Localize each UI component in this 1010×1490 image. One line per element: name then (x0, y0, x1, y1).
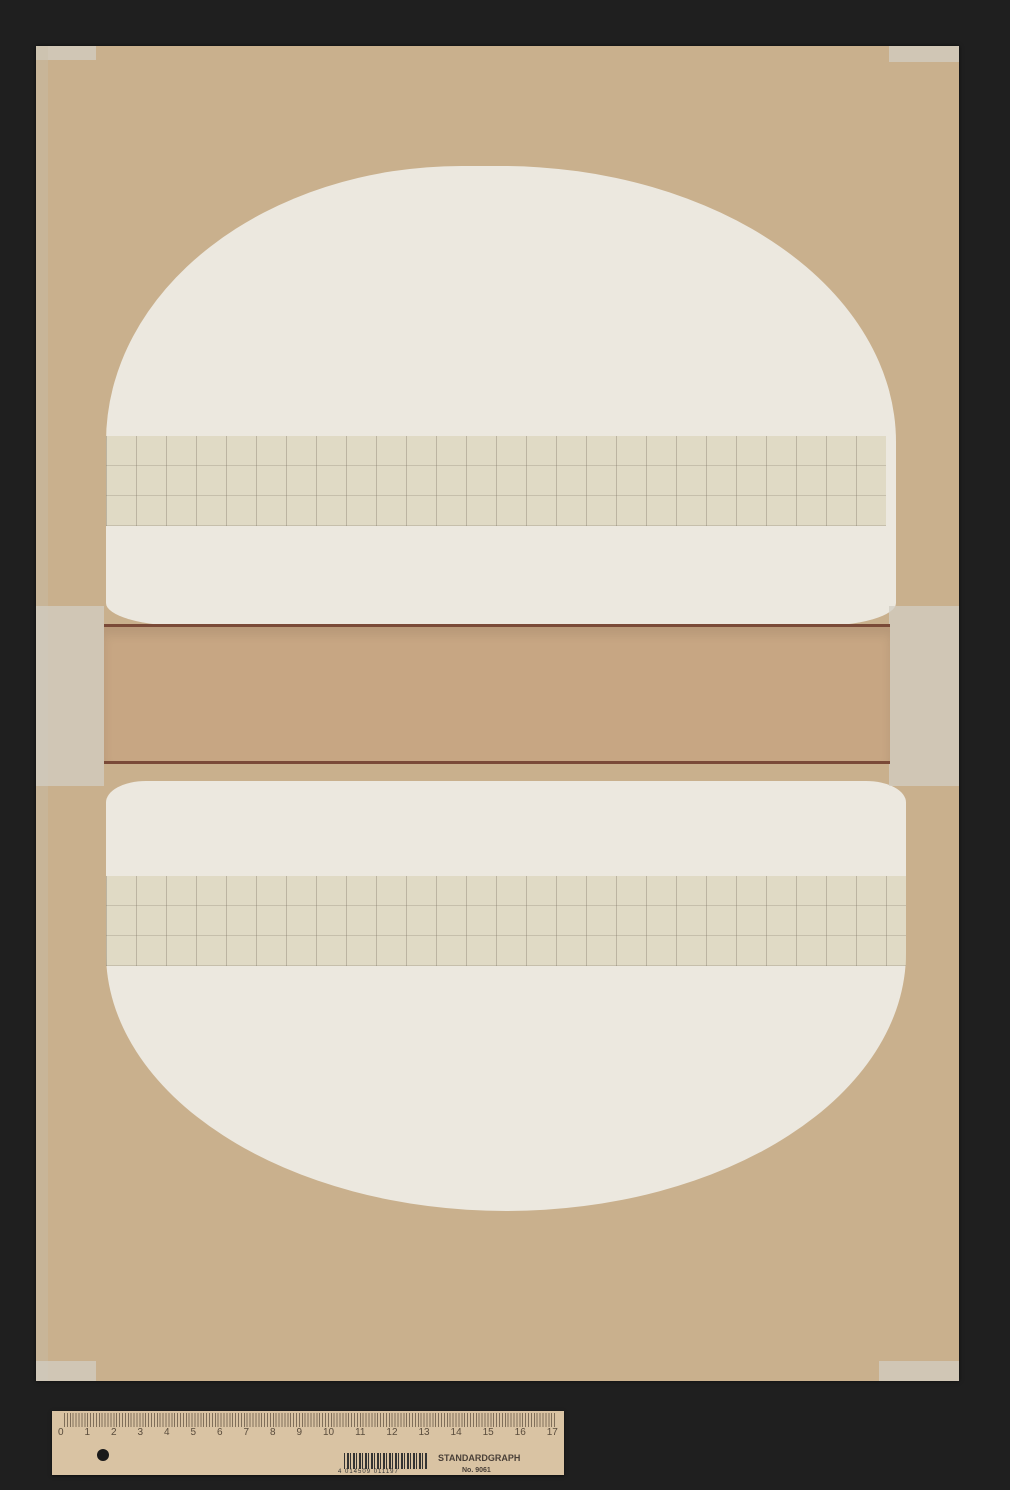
paper-remnant-upper (106, 166, 896, 626)
tape-left-fold (36, 606, 104, 786)
scale-number: 2 (111, 1427, 117, 1438)
tape-bottom-right (879, 1361, 959, 1381)
scale-number: 0 (58, 1427, 64, 1438)
center-fold-strip (104, 624, 890, 764)
scale-number: 10 (323, 1427, 334, 1438)
scale-number: 3 (138, 1427, 144, 1438)
ruler-hole (97, 1449, 109, 1461)
scale-number: 7 (244, 1427, 250, 1438)
paper-remnant-lower (106, 781, 906, 1211)
scale-number: 14 (451, 1427, 462, 1438)
scale-number: 12 (386, 1427, 397, 1438)
scale-number: 13 (418, 1427, 429, 1438)
ruler-model: No. 9061 (462, 1467, 491, 1474)
barcode-number: 4 014509 011197 (338, 1469, 399, 1475)
ruler: 0 1 2 3 4 5 6 7 8 9 10 11 12 13 14 15 16… (52, 1411, 564, 1475)
scale-number: 8 (270, 1427, 276, 1438)
tape-bottom-left (36, 1361, 96, 1381)
scale-number: 4 (164, 1427, 170, 1438)
scale-number: 1 (85, 1427, 91, 1438)
scale-number: 16 (515, 1427, 526, 1438)
tape-top-right (889, 46, 959, 62)
grid-band-upper (106, 436, 886, 526)
ruler-scale: 0 1 2 3 4 5 6 7 8 9 10 11 12 13 14 15 16… (58, 1427, 558, 1438)
scale-number: 11 (355, 1427, 365, 1438)
tape-right-fold (889, 606, 959, 786)
scale-number: 5 (191, 1427, 197, 1438)
scale-number: 17 (547, 1427, 558, 1438)
ruler-ticks (64, 1413, 556, 1427)
mounted-board (36, 46, 959, 1381)
grid-band-lower (106, 876, 906, 966)
ruler-brand: STANDARDGRAPH (438, 1453, 520, 1463)
scale-number: 9 (297, 1427, 303, 1438)
scale-number: 6 (217, 1427, 223, 1438)
scale-number: 15 (483, 1427, 494, 1438)
barcode-icon (344, 1453, 428, 1469)
